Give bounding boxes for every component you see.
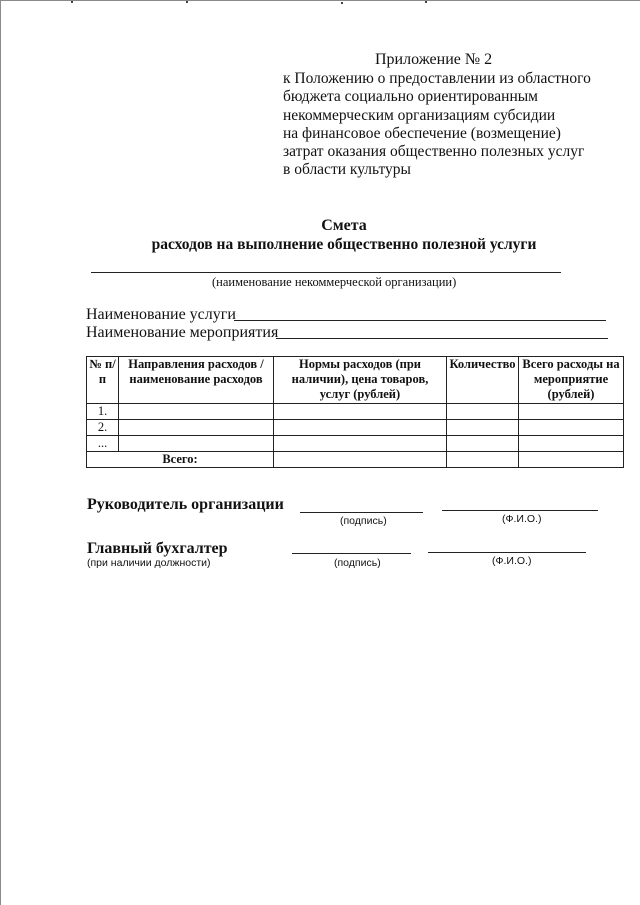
org-name-blank-line[interactable] [91, 272, 561, 273]
event-name-label: Наименование мероприятия [86, 324, 278, 342]
appendix-description: к Положению о предоставлении из областно… [283, 70, 591, 180]
row-norm-cell[interactable] [274, 404, 447, 420]
row-total-cell[interactable] [519, 436, 624, 452]
scan-edge-left [0, 0, 1, 905]
header-number: № п/п [87, 357, 119, 404]
accountant-name-caption: (Ф.И.О.) [492, 555, 531, 567]
row-quantity-cell[interactable] [447, 436, 519, 452]
row-number: 1. [87, 404, 119, 420]
total-label: Всего: [87, 452, 274, 468]
row-direction-cell[interactable] [119, 420, 274, 436]
accountant-name-line[interactable] [428, 552, 586, 553]
appendix-line: бюджета социально ориентированным [283, 88, 591, 106]
row-norm-cell[interactable] [274, 420, 447, 436]
scan-speck [186, 1, 188, 3]
header-quantity: Количество [447, 357, 519, 404]
service-name-label: Наименование услуги [86, 306, 236, 324]
service-name-field[interactable] [234, 320, 606, 321]
head-signature-label: Руководитель организации [87, 496, 284, 514]
estimate-table: № п/п Направления расходов / наименовани… [86, 356, 624, 468]
event-name-field[interactable] [276, 338, 608, 339]
appendix-line: в области культуры [283, 161, 591, 179]
row-norm-cell[interactable] [274, 436, 447, 452]
appendix-line: некоммерческим организациям субсидии [283, 107, 591, 125]
head-signature-caption: (подпись) [340, 515, 387, 527]
header-direction: Направления расходов / наименование расх… [119, 357, 274, 404]
org-name-caption: (наименование некоммерческой организации… [212, 275, 456, 290]
scan-speck [71, 1, 73, 3]
total-norm-cell[interactable] [274, 452, 447, 468]
accountant-signature-label: Главный бухгалтер [87, 540, 228, 558]
header-total: Всего расходы на мероприятие (рублей) [519, 357, 624, 404]
table-header-row: № п/п Направления расходов / наименовани… [87, 357, 624, 404]
head-name-caption: (Ф.И.О.) [502, 513, 541, 525]
row-direction-cell[interactable] [119, 404, 274, 420]
row-total-cell[interactable] [519, 404, 624, 420]
row-total-cell[interactable] [519, 420, 624, 436]
document-title: Смета [24, 217, 640, 235]
appendix-line: на финансовое обеспечение (возмещение) [283, 125, 591, 143]
row-number: 2. [87, 420, 119, 436]
row-direction-cell[interactable] [119, 436, 274, 452]
row-quantity-cell[interactable] [447, 404, 519, 420]
scan-edge-top [0, 0, 640, 1]
head-signature-line[interactable] [300, 512, 423, 513]
appendix-line: затрат оказания общественно полезных усл… [283, 143, 591, 161]
table-row: 2. [87, 420, 624, 436]
row-number: ... [87, 436, 119, 452]
accountant-signature-line[interactable] [292, 553, 411, 554]
head-name-line[interactable] [442, 510, 598, 511]
scan-speck [341, 2, 343, 4]
accountant-signature-caption: (подпись) [334, 557, 381, 569]
row-quantity-cell[interactable] [447, 420, 519, 436]
header-norms: Нормы расходов (при наличии), цена товар… [274, 357, 447, 404]
table-row: ... [87, 436, 624, 452]
total-quantity-cell[interactable] [447, 452, 519, 468]
table-total-row: Всего: [87, 452, 624, 468]
appendix-line: к Положению о предоставлении из областно… [283, 70, 591, 88]
total-sum-cell[interactable] [519, 452, 624, 468]
document-subtitle: расходов на выполнение общественно полез… [24, 236, 640, 254]
scan-speck [425, 1, 427, 3]
appendix-title: Приложение № 2 [375, 51, 492, 69]
accountant-note: (при наличии должности) [87, 557, 211, 569]
table-row: 1. [87, 404, 624, 420]
